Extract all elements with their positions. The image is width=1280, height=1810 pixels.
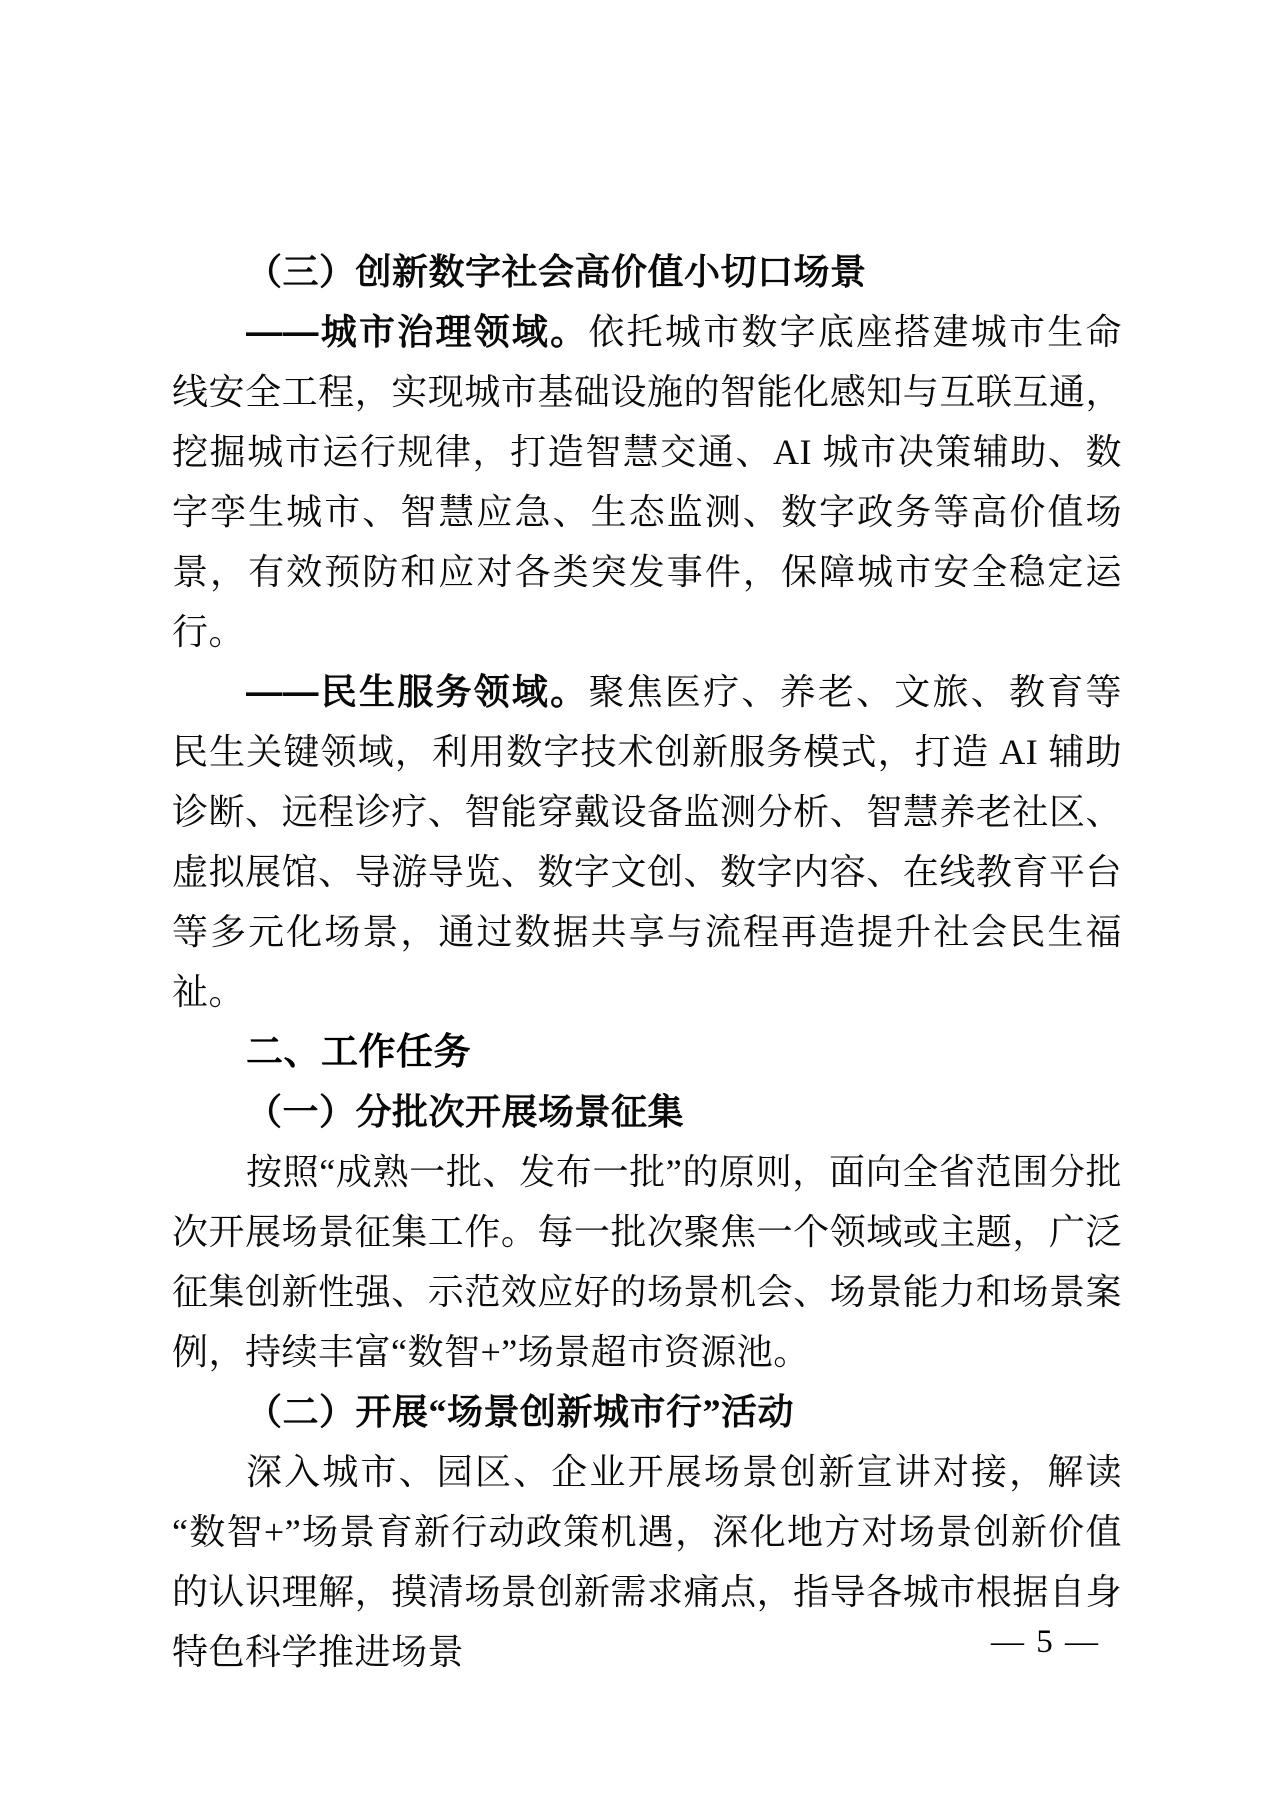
livelihood-services-text: 聚焦医疗、养老、文旅、教育等民生关键领域，利用数字技术创新服务模式，打造 AI …: [172, 672, 1122, 1012]
section3-heading: （三）创新数字社会高价值小切口场景: [172, 242, 1122, 302]
paragraph-city-governance: ——城市治理领域。依托城市数字底座搭建城市生命线安全工程，实现城市基础设施的智能…: [172, 302, 1122, 662]
paragraph-task1: 按照“成熟一批、发布一批”的原则，面向全省范围分批次开展场景征集工作。每一批次聚…: [172, 1142, 1122, 1382]
paragraph-task2: 深入城市、园区、企业开展场景创新宣讲对接，解读“数智+”场景育新行动政策机遇，深…: [172, 1442, 1122, 1682]
document-page: （三）创新数字社会高价值小切口场景 ——城市治理领域。依托城市数字底座搭建城市生…: [0, 0, 1280, 1810]
task1-heading: （一）分批次开展场景征集: [172, 1082, 1122, 1142]
city-governance-lead: ——城市治理领域。: [246, 311, 588, 352]
part2-heading: 二、工作任务: [172, 1022, 1122, 1082]
document-body: （三）创新数字社会高价值小切口场景 ——城市治理领域。依托城市数字底座搭建城市生…: [172, 242, 1122, 1682]
city-governance-text: 依托城市数字底座搭建城市生命线安全工程，实现城市基础设施的智能化感知与互联互通，…: [172, 312, 1122, 652]
task2-heading: （二）开展“场景创新城市行”活动: [172, 1382, 1122, 1442]
page-number: — 5 —: [991, 1622, 1100, 1662]
livelihood-services-lead: ——民生服务领域。: [246, 671, 588, 712]
paragraph-livelihood-services: ——民生服务领域。聚焦医疗、养老、文旅、教育等民生关键领域，利用数字技术创新服务…: [172, 662, 1122, 1022]
